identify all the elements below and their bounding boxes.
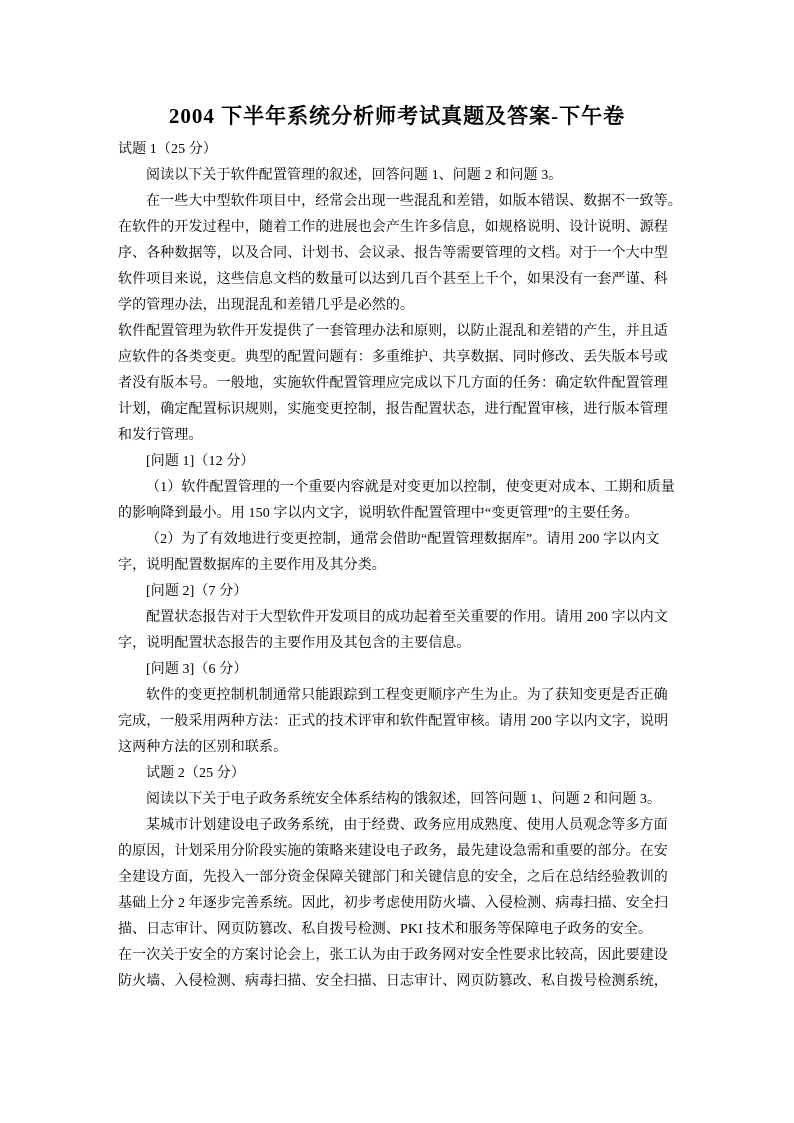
- text-line: 和发行管理。: [118, 423, 678, 449]
- text-line: 防火墙、入侵检测、病毒扫描、安全扫描、日志审计、网页防篡改、私自拨号检测系统，: [118, 969, 678, 995]
- text-line: 序、各种数据等，以及合同、计划书、会议录、报告等需要管理的文档。对于一个大中型: [118, 241, 678, 267]
- text-line: 的原因，计划采用分阶段实施的策略来建设电子政务，最先建设急需和重要的部分。在安: [118, 839, 678, 865]
- text-line: 某城市计划建设电子政务系统，由于经费、政务应用成熟度、使用人员观念等多方面: [118, 813, 678, 839]
- text-line: 者没有版本号。一般地，实施软件配置管理应完成以下几方面的任务：确定软件配置管理: [118, 371, 678, 397]
- text-line: 字，说明配置数据库的主要作用及其分类。: [118, 553, 678, 579]
- text-line: 在软件的开发过程中，随着工作的进展也会产生许多信息，如规格说明、设计说明、源程: [118, 215, 678, 241]
- text-line: 字，说明配置状态报告的主要作用及其包含的主要信息。: [118, 631, 678, 657]
- text-line: [问题 2]（7 分）: [118, 579, 678, 605]
- document-title: 2004 下半年系统分析师考试真题及答案-下午卷: [0, 101, 794, 131]
- text-line: 这两种方法的区别和联系。: [118, 735, 678, 761]
- text-line: 完成，一般采用两种方法：正式的技术评审和软件配置审核。请用 200 字以内文字，…: [118, 709, 678, 735]
- text-line: 阅读以下关于软件配置管理的叙述，回答问题 1、问题 2 和问题 3。: [118, 163, 678, 189]
- text-line: 的影响降到最小。用 150 字以内文字，说明软件配置管理中“变更管理”的主要任务…: [118, 501, 678, 527]
- text-line: 描、日志审计、网页防篡改、私自拨号检测、PKI 技术和服务等保障电子政务的安全。: [118, 917, 678, 943]
- text-line: 基础上分 2 年逐步完善系统。因此，初步考虑使用防火墙、入侵检测、病毒扫描、安全…: [118, 891, 678, 917]
- text-line: 全建设方面，先投入一部分资金保障关键部门和关键信息的安全，之后在总结经验教训的: [118, 865, 678, 891]
- text-line: 应软件的各类变更。典型的配置问题有：多重维护、共享数据、同时修改、丢失版本号或: [118, 345, 678, 371]
- text-line: 在一些大中型软件项目中，经常会出现一些混乱和差错，如版本错误、数据不一致等。: [118, 189, 678, 215]
- text-line: 试题 1（25 分）: [118, 137, 678, 163]
- text-line: 阅读以下关于电子政务系统安全体系结构的饿叙述，回答问题 1、问题 2 和问题 3…: [118, 787, 678, 813]
- document-body: 试题 1（25 分）阅读以下关于软件配置管理的叙述，回答问题 1、问题 2 和问…: [118, 137, 678, 995]
- text-line: 软件配置管理为软件开发提供了一套管理办法和原则，以防止混乱和差错的产生，并且适: [118, 319, 678, 345]
- text-line: [问题 3]（6 分）: [118, 657, 678, 683]
- text-line: 软件项目来说，这些信息文档的数量可以达到几百个甚至上千个，如果没有一套严谨、科: [118, 267, 678, 293]
- text-line: 软件的变更控制机制通常只能跟踪到工程变更顺序产生为止。为了获知变更是否正确: [118, 683, 678, 709]
- text-line: 在一次关于安全的方案讨论会上，张工认为由于政务网对安全性要求比较高，因此要建设: [118, 943, 678, 969]
- text-line: 计划，确定配置标识规则，实施变更控制，报告配置状态，进行配置审核，进行版本管理: [118, 397, 678, 423]
- text-line: 学的管理办法，出现混乱和差错几乎是必然的。: [118, 293, 678, 319]
- text-line: 配置状态报告对于大型软件开发项目的成功起着至关重要的作用。请用 200 字以内文: [118, 605, 678, 631]
- document-page: 2004 下半年系统分析师考试真题及答案-下午卷 试题 1（25 分）阅读以下关…: [0, 0, 794, 1123]
- text-line: （1）软件配置管理的一个重要内容就是对变更加以控制，使变更对成本、工期和质量: [118, 475, 678, 501]
- text-line: [问题 1]（12 分）: [118, 449, 678, 475]
- text-line: （2）为了有效地进行变更控制，通常会借助“配置管理数据库”。请用 200 字以内…: [118, 527, 678, 553]
- text-line: 试题 2（25 分）: [118, 761, 678, 787]
